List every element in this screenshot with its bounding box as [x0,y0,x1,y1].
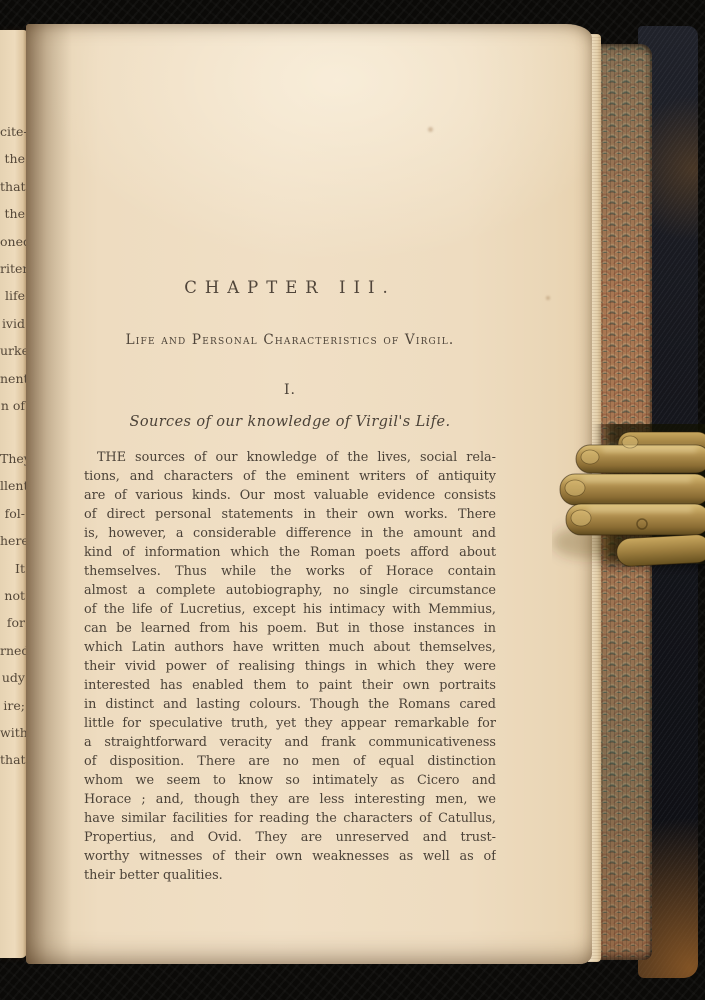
body-text-line: are of various kinds. Our most valuable … [84,486,496,505]
body-text-line: of direct personal statements in their o… [84,505,496,524]
body-text-line: Horace ; and, though they are less inter… [84,790,496,809]
gutter-shadow [26,24,72,964]
text-fragment: the [0,145,25,172]
body-text-line: almost a complete autobiography, no sing… [84,581,496,600]
body-text-line: whom we seem to know so intimately as Ci… [84,771,496,790]
body-text-line: worthy witnesses of their own weaknesses… [84,847,496,866]
body-paragraph: THE sources of our knowledge of the live… [84,448,496,885]
gilt-hand-clasp [552,424,705,576]
text-fragment: with [0,719,25,746]
body-text-line: in distinct and lasting colours. Though … [84,695,496,714]
thumb [616,534,705,567]
facing-page-strip: cite-thethattheoned,riterlifeividurkenen… [0,30,27,958]
body-text-line: have similar facilities for reading the … [84,809,496,828]
section-subtitle: Sources of our knowledge of Virgil's Lif… [84,414,496,430]
foxing-spot [546,296,550,300]
book-page: CHAPTER III. Life and Personal Character… [26,24,592,964]
body-text-line: can be learned from his poem. But in tho… [84,619,496,638]
nail [565,480,585,496]
photo-of-open-book: { "facing_page": { "fragments_upper": ["… [0,0,705,1000]
nail [571,510,591,526]
text-fragment: nent [0,365,25,392]
body-text-line: little for speculative truth, yet they a… [84,714,496,733]
text-fragment: here [0,527,25,554]
text-fragment: the [0,200,25,227]
chapter-title: Life and Personal Characteristics of Vir… [84,332,496,348]
chapter-heading: CHAPTER III. [84,278,496,297]
text-fragment: that [0,746,25,773]
text-fragment: for [0,609,25,636]
text-fragment: ire; [0,692,25,719]
facing-page-fragments-lower: Theyllentfol-hereItnotforrnedudyire;with… [0,445,25,774]
body-text-line: of disposition. There are no men of equa… [84,752,496,771]
text-fragment: llent [0,472,25,499]
body-text-line: is, however, a considerable difference i… [84,524,496,543]
section-number: I. [84,382,496,398]
body-text-line: their vivid power of realising things in… [84,657,496,676]
text-fragment: cite- [0,118,25,145]
body-text-line: Propertius, and Ovid. They are unreserve… [84,828,496,847]
text-fragment: They [0,445,25,472]
text-fragment: udy [0,664,25,691]
text-fragment: that [0,173,25,200]
text-fragment: urke [0,337,25,364]
facing-page-fragments-upper: cite-thethattheoned,riterlifeividurkenen… [0,118,25,419]
text-fragment: riter [0,255,25,282]
body-text-line: themselves. Thus while the works of Hora… [84,562,496,581]
text-fragment: life [0,282,25,309]
body-text-line: kind of information which the Roman poet… [84,543,496,562]
text-fragment: oned, [0,228,25,255]
body-text-line: which Latin authors have written much ab… [84,638,496,657]
body-text-line: interested has enabled them to paint the… [84,676,496,695]
text-fragment: fol- [0,500,25,527]
body-text-line: of the life of Lucretius, except his int… [84,600,496,619]
text-fragment: rned [0,637,25,664]
body-text-line: their better qualities. [84,866,496,885]
foxing-spot [428,127,433,132]
body-text-line: THE sources of our knowledge of the live… [84,448,496,467]
text-fragment: ivid [0,310,25,337]
nail [622,436,638,448]
body-text-line: tions, and characters of the eminent wri… [84,467,496,486]
text-fragment: n of [0,392,25,419]
nail [581,450,599,464]
body-text-line: a straightforward veracity and frank com… [84,733,496,752]
text-fragment: It [0,555,25,582]
text-fragment: not [0,582,25,609]
